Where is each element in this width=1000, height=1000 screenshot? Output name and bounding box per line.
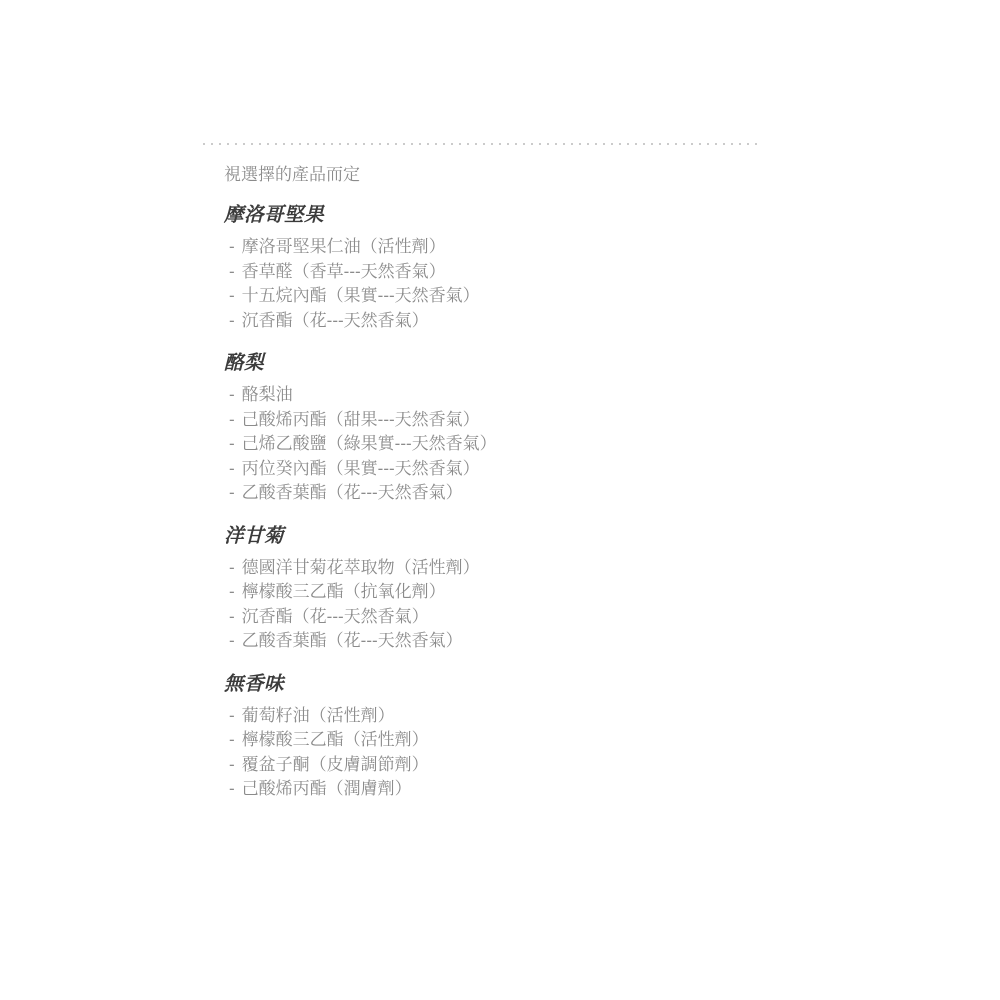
bullet-dash: - [229,730,235,749]
ingredient-text: 己酸烯丙酯（甜果---天然香氣） [242,410,480,429]
ingredient-list: -葡萄籽油（活性劑） -檸檬酸三乙酯（活性劑） -覆盆子酮（皮膚調節劑） -己酸… [224,704,757,802]
dotted-divider [203,143,757,145]
bullet-dash: - [229,607,235,626]
ingredient-text: 己烯乙酸鹽（綠果實---天然香氣） [242,434,497,453]
ingredient-text: 酪梨油 [242,385,293,404]
bullet-dash: - [229,434,235,453]
bullet-dash: - [229,385,235,404]
ingredient-list: -德國洋甘菊花萃取物（活性劑） -檸檬酸三乙酯（抗氧化劑） -沉香酯（花---天… [224,556,757,654]
bullet-dash: - [229,631,235,650]
ingredient-item: -己烯乙酸鹽（綠果實---天然香氣） [229,432,757,457]
ingredient-text: 沉香酯（花---天然香氣） [242,311,429,330]
ingredient-item: -覆盆子酮（皮膚調節劑） [229,753,757,778]
ingredient-text: 乙酸香葉酯（花---天然香氣） [242,483,463,502]
bullet-dash: - [229,755,235,774]
section-morocco-argan: 摩洛哥堅果 -摩洛哥堅果仁油（活性劑） -香草醛（香草---天然香氣） -十五烷… [224,202,757,333]
ingredient-document: 視選擇的產品而定 摩洛哥堅果 -摩洛哥堅果仁油（活性劑） -香草醛（香草---天… [203,143,757,802]
ingredient-item: -己酸烯丙酯（甜果---天然香氣） [229,408,757,433]
bullet-dash: - [229,779,235,798]
section-title: 酪梨 [224,350,757,376]
bullet-dash: - [229,311,235,330]
ingredient-text: 德國洋甘菊花萃取物（活性劑） [242,558,480,577]
section-chamomile: 洋甘菊 -德國洋甘菊花萃取物（活性劑） -檸檬酸三乙酯（抗氧化劑） -沉香酯（花… [224,523,757,654]
bullet-dash: - [229,262,235,281]
ingredient-item: -德國洋甘菊花萃取物（活性劑） [229,556,757,581]
section-unscented: 無香味 -葡萄籽油（活性劑） -檸檬酸三乙酯（活性劑） -覆盆子酮（皮膚調節劑）… [224,671,757,802]
bullet-dash: - [229,459,235,478]
bullet-dash: - [229,483,235,502]
ingredient-text: 摩洛哥堅果仁油（活性劑） [242,237,446,256]
ingredient-text: 檸檬酸三乙酯（活性劑） [242,730,429,749]
ingredient-item: -酪梨油 [229,383,757,408]
ingredient-item: -香草醛（香草---天然香氣） [229,260,757,285]
ingredient-text: 乙酸香葉酯（花---天然香氣） [242,631,463,650]
ingredient-item: -丙位癸內酯（果實---天然香氣） [229,457,757,482]
ingredient-item: -十五烷內酯（果實---天然香氣） [229,284,757,309]
bullet-dash: - [229,237,235,256]
ingredient-item: -摩洛哥堅果仁油（活性劑） [229,235,757,260]
bullet-dash: - [229,706,235,725]
ingredient-text: 葡萄籽油（活性劑） [242,706,395,725]
ingredient-item: -檸檬酸三乙酯（抗氧化劑） [229,580,757,605]
ingredient-list: -摩洛哥堅果仁油（活性劑） -香草醛（香草---天然香氣） -十五烷內酯（果實-… [224,235,757,333]
section-title: 洋甘菊 [224,523,757,549]
bullet-dash: - [229,558,235,577]
ingredient-text: 丙位癸內酯（果實---天然香氣） [242,459,480,478]
ingredient-text: 沉香酯（花---天然香氣） [242,607,429,626]
ingredient-item: -乙酸香葉酯（花---天然香氣） [229,481,757,506]
bullet-dash: - [229,582,235,601]
section-title: 無香味 [224,671,757,697]
bullet-dash: - [229,286,235,305]
ingredient-item: -檸檬酸三乙酯（活性劑） [229,728,757,753]
ingredient-text: 覆盆子酮（皮膚調節劑） [242,755,429,774]
ingredient-item: -己酸烯丙酯（潤膚劑） [229,777,757,802]
section-title: 摩洛哥堅果 [224,202,757,228]
ingredient-list: -酪梨油 -己酸烯丙酯（甜果---天然香氣） -己烯乙酸鹽（綠果實---天然香氣… [224,383,757,506]
ingredient-item: -沉香酯（花---天然香氣） [229,605,757,630]
bullet-dash: - [229,410,235,429]
ingredient-text: 十五烷內酯（果實---天然香氣） [242,286,480,305]
ingredient-item: -乙酸香葉酯（花---天然香氣） [229,629,757,654]
ingredient-text: 香草醛（香草---天然香氣） [242,262,446,281]
section-avocado: 酪梨 -酪梨油 -己酸烯丙酯（甜果---天然香氣） -己烯乙酸鹽（綠果實---天… [224,350,757,506]
ingredient-item: -葡萄籽油（活性劑） [229,704,757,729]
ingredient-text: 己酸烯丙酯（潤膚劑） [242,779,412,798]
ingredient-item: -沉香酯（花---天然香氣） [229,309,757,334]
ingredient-text: 檸檬酸三乙酯（抗氧化劑） [242,582,446,601]
intro-text: 視選擇的產品而定 [224,164,757,185]
